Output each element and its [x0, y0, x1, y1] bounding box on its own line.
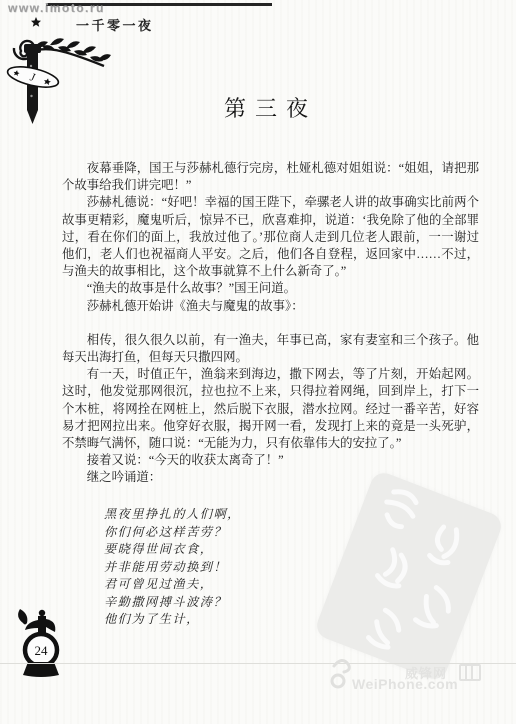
seal-watermark-icon — [313, 469, 505, 683]
page-number: 24 — [35, 643, 49, 658]
chapter-title: 第三夜 — [62, 92, 479, 123]
poem-line: 要晓得世间衣食， — [104, 541, 241, 559]
weiphone-mascot-icon — [328, 656, 352, 690]
poem-line: 并非能用劳动换到！ — [104, 559, 241, 577]
poem-line: 辛勤撒网搏斗波涛？ — [104, 594, 241, 612]
poem-line: 君可曾见过渔夫， — [104, 576, 241, 594]
poem: 黑夜里挣扎的人们啊， 你们何必这样苦劳？ 要晓得世间衣食， 并非能用劳动换到！ … — [104, 506, 241, 629]
poem-line: 你们何必这样苦劳？ — [104, 524, 241, 542]
weiphone-grid-icon — [459, 664, 481, 681]
story-paragraph: 接着又说：“今天的收获太离奇了！” — [62, 452, 479, 469]
story-paragraph: 夜幕垂降，国王与莎赫札德行完房，杜娅札德对姐姐说：“姐姐，请把那个故事给我们讲完… — [62, 160, 479, 194]
story-paragraph: 莎赫札德开始讲《渔夫与魔鬼的故事》： — [62, 298, 479, 315]
story-paragraph: “渔夫的故事是什么故事？”国王问道。 — [62, 280, 479, 297]
weiphone-en-watermark: WeiPhone.com — [352, 676, 458, 692]
poem-line: 他们为了生计， — [104, 611, 241, 629]
top-url-watermark: www.imoto.ru — [8, 1, 105, 15]
story-paragraph: 相传，很久很久以前，有一渔夫，年事已高，家有妻室和三个孩子。他每天出海打鱼，但每… — [62, 332, 479, 366]
story-paragraph: 莎赫札德说：“好吧！幸福的国王陛下，牵骡老人讲的故事确实比前两个故事更精彩，魔鬼… — [62, 194, 479, 280]
page-number-pot-icon: 24 — [13, 606, 69, 686]
story-text: 夜幕垂降，国王与莎赫札德行完房，杜娅札德对姐姐说：“姐姐，请把那个故事给我们讲完… — [62, 160, 479, 487]
poem-line: 黑夜里挣扎的人们啊， — [104, 506, 241, 524]
story-paragraph: 有一天，时值正午，渔翁来到海边，撒下网去，等了片刻，开始起网。这时，他发觉那网很… — [62, 366, 479, 452]
scanned-book-page: www.imoto.ru 一千零一夜 — [0, 0, 516, 724]
